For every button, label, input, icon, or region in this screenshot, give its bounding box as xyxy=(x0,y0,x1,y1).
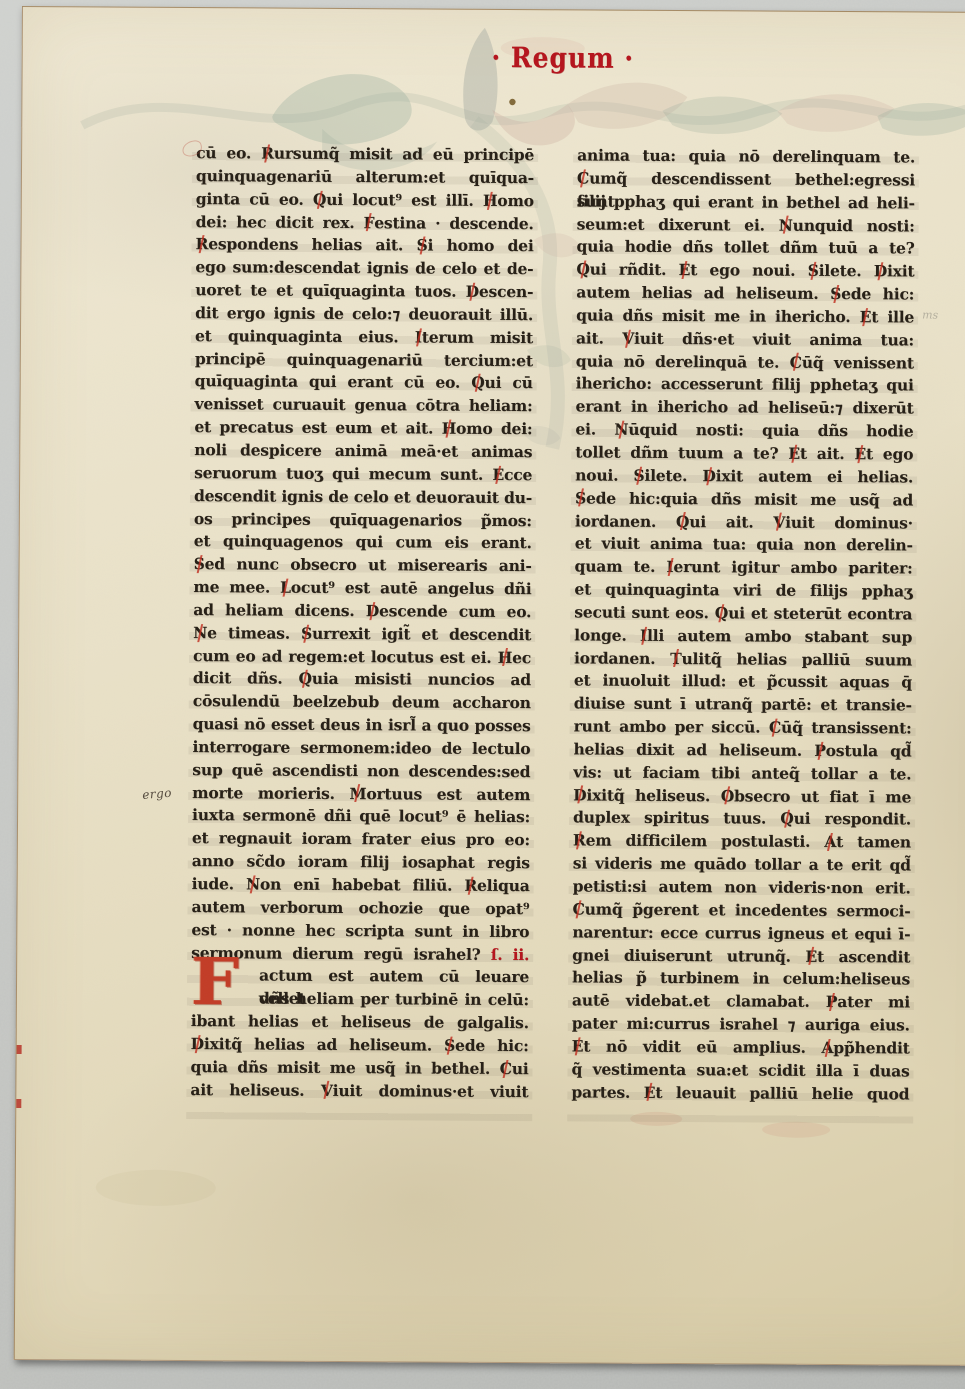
text-line: Sede hic:quia dñs misit me usq̃ ad xyxy=(575,487,913,512)
text-line: venisset curuauit genua cōtra heliam: xyxy=(194,393,532,418)
rubricated-capital: D xyxy=(466,281,479,304)
text-line: dit ergo ignis de celo:⁊ deuorauit illū. xyxy=(195,302,533,327)
marginal-note-ergo: ergo xyxy=(142,786,173,802)
text-line: helias dixit ad heliseum. Postula qd̃ xyxy=(573,738,911,763)
text-line: pater mi:currus israhel ⁊ auriga eius. xyxy=(572,1012,910,1037)
rubricated-capital: S xyxy=(194,553,205,576)
rubricated-capital: Q xyxy=(576,259,589,282)
text-line: quam te. Ierunt igitur ambo pariter: xyxy=(575,556,913,581)
rubricated-capital: I xyxy=(640,625,647,648)
text-line: ad heliam dicens. Descende cum eo. xyxy=(193,599,531,624)
rubricated-capital: C xyxy=(790,351,802,374)
red-edge-mark xyxy=(17,1045,22,1054)
text-line: quīquaginta qui erant cū eo. Qui cū xyxy=(195,370,533,395)
text-line: Dixitq̃ heliseus. Obsecro ut fiat ī me xyxy=(573,784,911,809)
text-line: Respondens helias ait. Si homo dei xyxy=(195,233,533,258)
rubricated-capital: Q xyxy=(313,188,326,211)
text-line: et quinquaginta viri de filijs pphaʒ xyxy=(574,578,912,603)
text-line: est · nonne hec scripta sunt in libro xyxy=(191,919,529,944)
rubricated-capital: O xyxy=(721,785,734,808)
text-line: longe. Illi autem ambo stabant sup xyxy=(574,624,912,649)
text-line: filij pphaʒ qui erant in bethel ad heli- xyxy=(577,190,915,215)
red-edge-mark xyxy=(16,1099,21,1108)
rubricated-capital: Q xyxy=(715,602,728,625)
rubricated-capital: P xyxy=(814,740,826,763)
rubricated-capital: E xyxy=(492,464,504,487)
rubricated-capital: V xyxy=(622,327,634,350)
text-line: cum eo ad regem:et locutus est ei. Hec xyxy=(193,645,531,670)
text-line: seum:et dixerunt ei. Nunquid nosti: xyxy=(577,213,915,238)
text-line: ibant helias et heliseus de galgalis. xyxy=(191,1010,529,1035)
text-line: quia dñs misit me in ihericho. Et ille xyxy=(576,304,914,329)
text-line: cōsulendū beelzebub deum accharon xyxy=(193,690,531,715)
text-line: interrogare sermonem:ideo de lectulo xyxy=(192,736,530,761)
text-line: Ne timeas. Surrexit igit̃ et descendit xyxy=(193,622,531,647)
text-line: et precatus est eum et ait. Homo dei: xyxy=(194,416,532,441)
text-line: descendit ignis de celo et deuorauit du- xyxy=(194,485,532,510)
text-line: autē videbat.et clamabat. Pater mi xyxy=(572,990,910,1015)
text-column-right: anima tua: quia nō derelinquam te.Cumq̃ … xyxy=(571,144,915,1109)
text-line: quinquagenariū alterum:et quīqua- xyxy=(196,165,534,190)
rubricated-capital: E xyxy=(854,443,866,466)
running-title: · Regum · xyxy=(478,41,648,75)
text-line: dicit dñs. Quia misisti nuncios ad xyxy=(193,667,531,692)
rubricated-capital: C xyxy=(577,167,589,190)
text-line: anno sc̃do ioram filij iosaphat regis xyxy=(192,850,530,875)
text-line: iordanen. Qui ait. Viuit dominus· xyxy=(575,510,913,535)
text-line: anima tua: quia nō derelinquam te. xyxy=(577,144,915,169)
rubricated-capital: D xyxy=(191,1033,204,1056)
text-line: uoret te et quīquaginta tuos. Descen- xyxy=(195,279,533,304)
rubricated-capital: P xyxy=(826,991,838,1014)
rubricated-capital: S xyxy=(633,465,644,488)
text-line: ihericho: accesserunt filij pphetaʒ qui xyxy=(576,373,914,398)
text-line: sup quē ascendisti non descendes:sed xyxy=(192,759,530,784)
rubricated-capital: D xyxy=(702,465,715,488)
text-line: et viuit anima tua: quia non derelin- xyxy=(575,533,913,558)
rubricated-capital: I xyxy=(666,556,673,579)
text-line: Et nō vidit eū amplius. App̃hendit xyxy=(572,1035,910,1060)
text-line: Cumq̃ descendissent bethel:egressi sunt xyxy=(577,167,915,192)
text-line: Dixitq̃ helias ad heliseum. Sede hic: xyxy=(191,1033,529,1058)
text-line: Qui rñdit. Et ego noui. Silete. Dixit xyxy=(576,259,914,284)
rubricated-capital: E xyxy=(678,259,690,282)
rubricated-capital: E xyxy=(572,1035,584,1058)
text-column-left: cū eo. Rursumq̃ misit ad eū principēquin… xyxy=(190,142,534,1107)
manuscript-page: · Regum · cū eo. Rursumq̃ misit ad eū pr… xyxy=(14,6,965,1366)
text-line: narentur: ecce currus igneus et equi ī- xyxy=(572,921,910,946)
text-line: ginta cū eo. Qui locut⁹ est illī. Homo xyxy=(196,188,534,213)
text-line: diuise sunt ī utranq̃ partē: et transie- xyxy=(574,693,912,718)
text-line: me mee. Locut⁹ est autē angelus dñi xyxy=(193,576,531,601)
text-line: secuti sunt eos. Qui et steterūt econtra xyxy=(574,601,912,626)
rubricated-capital: S xyxy=(301,622,312,645)
rubricated-capital: Q xyxy=(676,511,689,534)
rubricated-capital: I xyxy=(415,326,422,349)
text-line: q̃ vestimenta sua:et scidit illa ī duas xyxy=(571,1058,909,1083)
text-line: quia hodie dñs tollet dñm tuū a te? xyxy=(576,236,914,261)
text-line: vis: ut faciam tibi anteq̃ tollar a te. xyxy=(573,761,911,786)
text-line: duplex spiritus tuus. Qui respondit. xyxy=(573,807,911,832)
rubricated-capital: N xyxy=(246,873,260,896)
rubricated-capital: R xyxy=(464,875,477,898)
rubricated-capital: R xyxy=(261,142,274,165)
text-line: Cumq̃ p̃gerent et incedentes sermoci- xyxy=(572,898,910,923)
rubricated-capital: N xyxy=(614,419,628,442)
rubricated-capital: S xyxy=(575,487,586,510)
rubricated-capital: V xyxy=(321,1079,333,1102)
text-line: et quinquagenos qui cum eis erant. xyxy=(194,530,532,555)
text-line: tollet dñm tuum a te? Et ait. Et ego xyxy=(575,441,913,466)
text-line: ait heliseus. Viuit dominus·et viuit xyxy=(190,1079,528,1104)
rubricated-capital: H xyxy=(483,190,498,213)
rubricated-capital: A xyxy=(821,1037,833,1060)
rubricated-capital: R xyxy=(195,233,208,256)
rubricated-capital: D xyxy=(366,600,379,623)
rubricated-capital: F xyxy=(363,212,374,235)
text-line: principē quinquagenariū tercium:et xyxy=(195,348,533,373)
text-line: autem helias ad heliseum. Sede hic: xyxy=(576,281,914,306)
chapter-numeral: ſ. ii. xyxy=(481,944,530,963)
rubricated-capital: D xyxy=(874,260,887,283)
text-line: et quinquaginta eius. Iterum misit xyxy=(195,325,533,350)
rubricated-capital: N xyxy=(193,622,207,645)
rubricated-capital: S xyxy=(444,1035,455,1058)
rubricated-capital: S xyxy=(416,235,427,258)
rubricated-capital: T xyxy=(670,648,681,671)
text-line: iuxta sermonē dñi quē locut⁹ ē helias: xyxy=(192,805,530,830)
rubricated-capital: A xyxy=(824,831,836,854)
rubricated-capital: D xyxy=(573,784,586,807)
rubricated-capital: E xyxy=(860,306,872,329)
text-line: quasi nō esset deus in isrl̃ a quo posse… xyxy=(193,713,531,738)
text-line: gnei diuiserunt utrunq̃. Et ascendit xyxy=(572,944,910,969)
rubricated-capital: H xyxy=(442,418,457,441)
text-line: erant in ihericho ad heliseū:⁊ dixerūt xyxy=(575,396,913,421)
text-line: autem verborum ochozie que opat⁹ xyxy=(191,896,529,921)
text-line: si videris me quādo tollar a te erit qd̃ xyxy=(573,853,911,878)
text-line: noli despicere animā meā·et animas xyxy=(194,439,532,464)
rubricated-capital: Q xyxy=(471,372,484,395)
text-line: ei. Nūquid nosti: quia dñs hodie xyxy=(575,419,913,444)
text-line: ait. Viuit dñs·et viuit anima tua: xyxy=(576,327,914,352)
text-line: cū eo. Rursumq̃ misit ad eū principē xyxy=(196,142,534,167)
rubricated-capital: Q xyxy=(780,808,793,831)
rubricated-capital: N xyxy=(779,214,793,237)
text-line: Sed nunc obsecro ut miserearis ani- xyxy=(194,553,532,578)
text-line: et inuoluit illud: et p̃cussit aquas q̄ xyxy=(574,670,912,695)
text-line: quia nō derelinquā te. Cūq̃ venissent xyxy=(576,350,914,375)
text-line: Rem difficilem postulasti. At tamen xyxy=(573,830,911,855)
text-line: iude. Non enī habebat filiū. Reliqua xyxy=(192,873,530,898)
rubricated-capital: E xyxy=(788,443,800,466)
text-line: runt ambo per siccū. Cūq̃ transissent: xyxy=(574,715,912,740)
rubricated-capital: C xyxy=(500,1058,512,1081)
rubricated-capital: E xyxy=(644,1081,656,1104)
rubricated-capital: H xyxy=(498,646,513,669)
text-line: et regnauit ioram frater eius pro eo: xyxy=(192,827,530,852)
rubricated-capital: R xyxy=(573,830,586,853)
text-line: seruorum tuoʒ qui mecum sunt. Ecce xyxy=(194,462,532,487)
rubricated-capital: C xyxy=(572,898,584,921)
rubricated-capital: L xyxy=(280,577,291,600)
rubricated-capital: C xyxy=(769,717,781,740)
rubricated-capital: S xyxy=(808,260,819,283)
text-line: petisti:si autem non videris·non erit. xyxy=(573,875,911,900)
illuminated-initial: F xyxy=(179,952,251,1011)
text-line: dei: hec dicit rex. Festina · descende. xyxy=(196,211,534,236)
pencil-note: ms xyxy=(922,309,938,322)
text-line: noui. Silete. Dixit autem ei helias. xyxy=(575,464,913,489)
rubricated-capital: E xyxy=(805,945,817,968)
text-line: morte morieris. Mortuus est autem xyxy=(192,782,530,807)
text-line: ego sum:descendat ignis de celo et de- xyxy=(195,256,533,281)
rubricated-capital: M xyxy=(349,783,366,806)
rubricated-capital: V xyxy=(773,511,785,534)
text-line: quia dñs misit me usq̃ in bethel. Cui xyxy=(190,1056,528,1081)
text-line: os principes quīquagenarios p̃mos: xyxy=(194,508,532,533)
rubricated-capital: S xyxy=(830,283,841,306)
text-line: helias p̃ turbinem in celum:heliseus xyxy=(572,967,910,992)
photo-backdrop: · Regum · cū eo. Rursumq̃ misit ad eū pr… xyxy=(0,0,965,1389)
rubricated-capital: Q xyxy=(298,668,311,691)
text-line: iordanen. Tulitq̃ helias palliū suum xyxy=(574,647,912,672)
text-line: partes. Et leuauit palliū helie quod xyxy=(571,1081,909,1106)
